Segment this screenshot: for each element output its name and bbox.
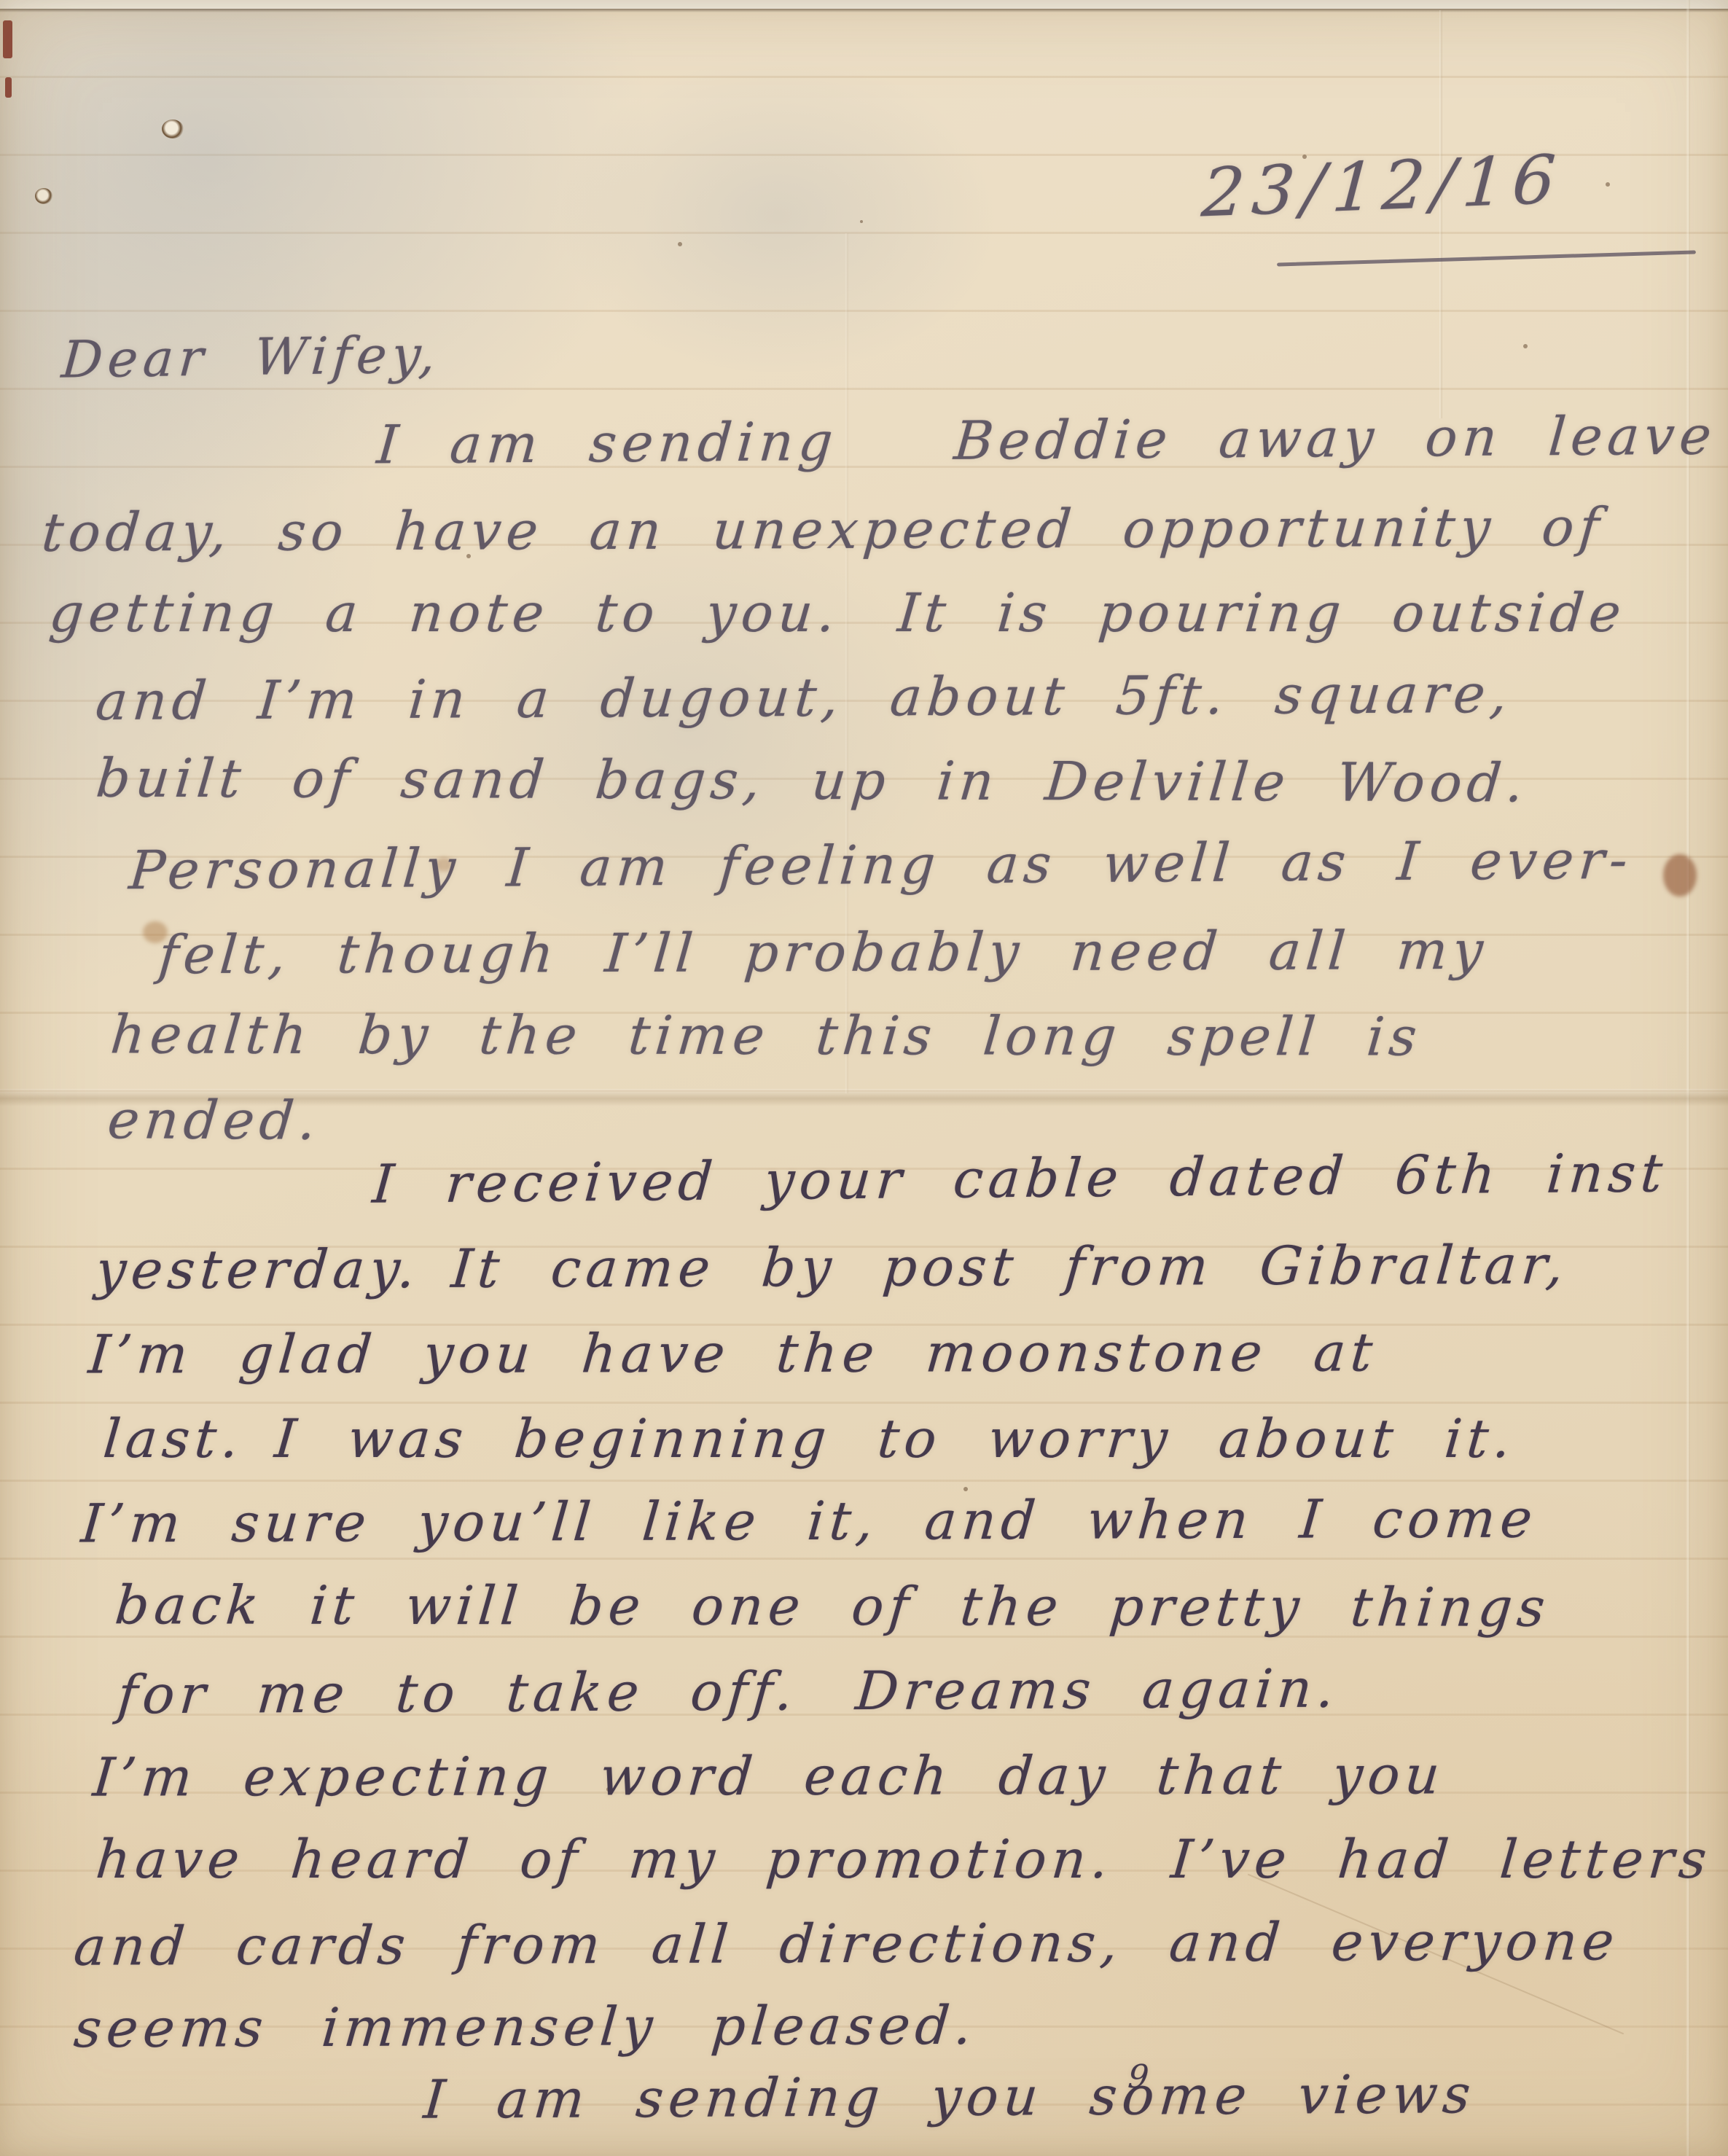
red-edge-mark <box>3 20 12 58</box>
ink-speck <box>1523 344 1528 348</box>
letter-line: built of sand bags, up in Delville Wood. <box>94 750 1531 813</box>
stray-pen-mark: 9 <box>1127 2060 1155 2095</box>
letter-date: 23/12/16 <box>1200 143 1565 230</box>
paper-hole <box>162 120 184 138</box>
letter-line: I’m expecting word each day that you <box>90 1746 1447 1808</box>
letter-line: last. I was beginning to worry about it. <box>101 1410 1517 1469</box>
letter-line: I’m sure you’ll like it, and when I come <box>79 1491 1539 1554</box>
letter-line: health by the time this long spell is <box>109 1006 1424 1066</box>
letter-line: and cards from all directions, and every… <box>71 1913 1621 1977</box>
letter-line: getting a note to you. It is pouring out… <box>47 585 1628 643</box>
letter-line: seems immensely pleased. <box>71 1997 979 2059</box>
letter-line: I am sending Beddie away on leave <box>375 407 1719 475</box>
scan-edge-shadow <box>0 9 1728 12</box>
letter-page: 23/12/16 Dear Wifey, I am sending Beddie… <box>0 0 1728 2156</box>
letter-line: yesterday. It came by post from Gibralta… <box>93 1236 1571 1300</box>
letter-line: today, so have an unexpected opportunity… <box>39 499 1606 563</box>
letter-line: back it will be one of the pretty things <box>113 1577 1552 1638</box>
letter-line: have heard of my promotion. I’ve had let… <box>93 1831 1713 1889</box>
letter-line: felt, though I’ll probably need all my <box>156 922 1490 985</box>
letter-line: I am sending you some views <box>421 2066 1477 2130</box>
letter-line: and I’m in a dugout, about 5ft. square, <box>93 665 1514 731</box>
rust-stain <box>1663 854 1697 897</box>
letter-line: ended. <box>105 1091 323 1151</box>
paper-hole <box>35 188 52 204</box>
ink-speck <box>860 220 863 223</box>
red-edge-mark <box>5 77 12 98</box>
letter-line: I’m glad you have the moonstone at <box>86 1324 1380 1384</box>
letter-line: for me to take off. Dreams again. <box>115 1660 1341 1725</box>
date-underline <box>1277 250 1696 266</box>
ink-speck <box>1606 182 1610 187</box>
letter-line: Personally I am feeling as well as I eve… <box>127 832 1635 901</box>
salutation-line: Dear Wifey, <box>60 327 442 388</box>
letter-line: I received your cable dated 6th inst <box>370 1144 1670 1214</box>
scan-edge-strip <box>0 0 1728 9</box>
ink-speck <box>678 242 682 246</box>
